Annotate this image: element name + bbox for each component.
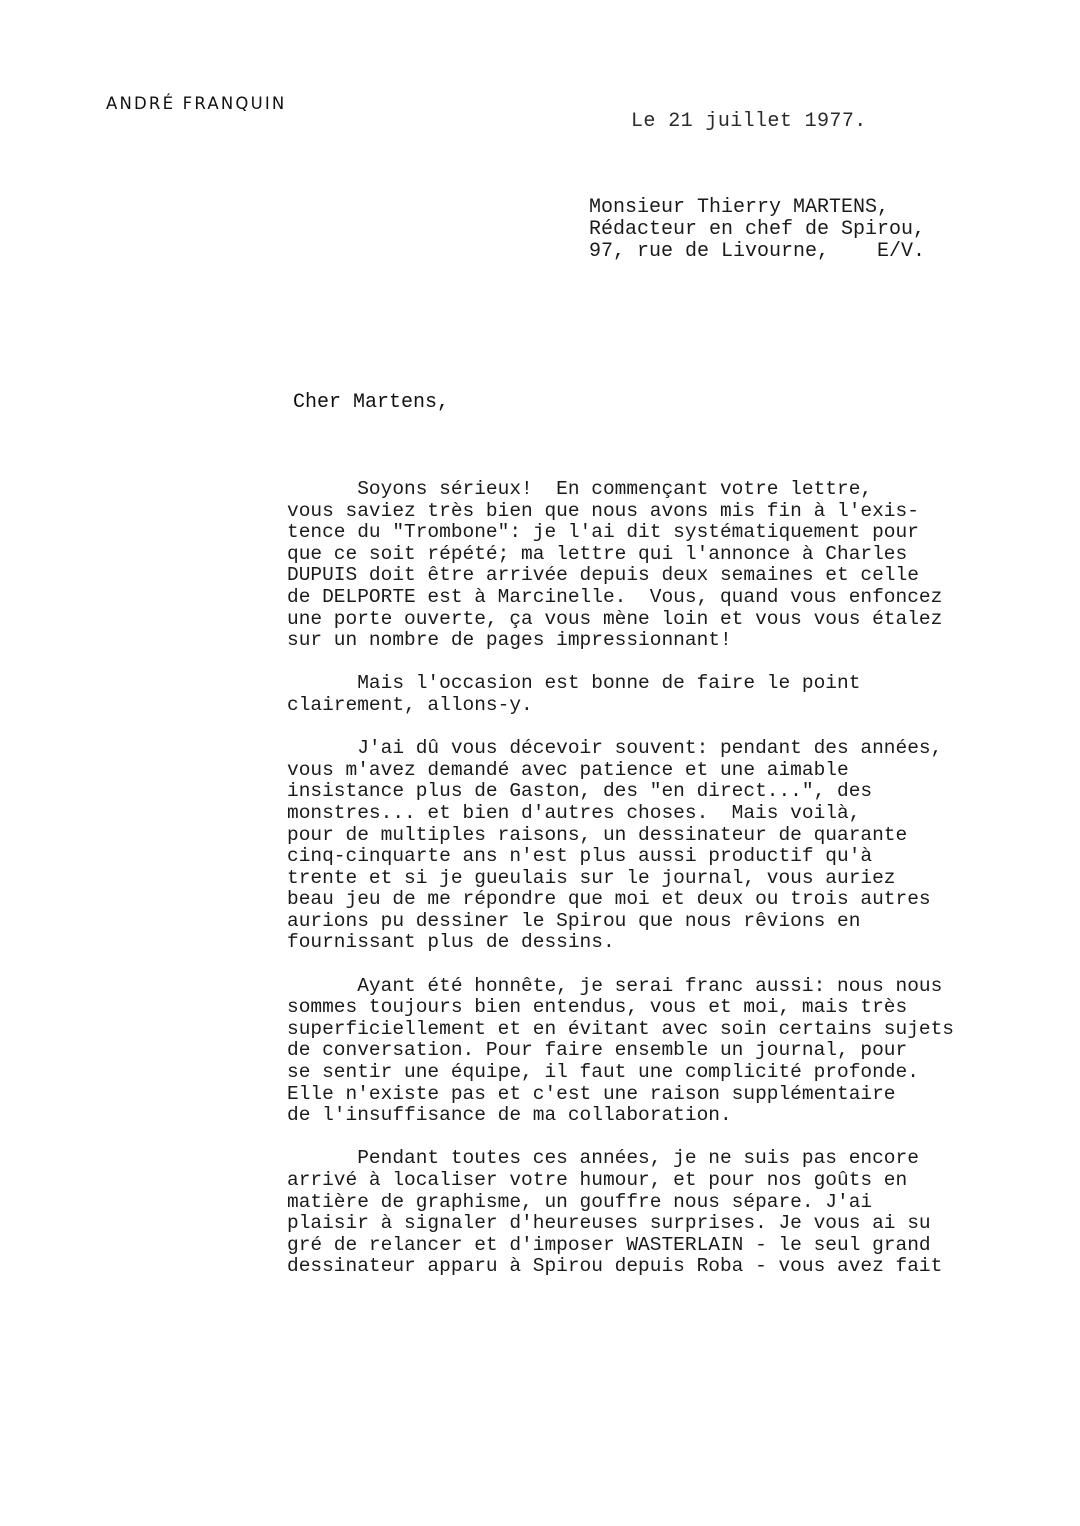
recipient-street-line: 97, rue de Livourne, E/V. xyxy=(589,241,925,263)
text-line: aurions pu dessiner le Spirou que nous r… xyxy=(287,911,1067,933)
text-line: superficiellement et en évitant avec soi… xyxy=(287,1019,1067,1041)
paragraph: J'ai dû vous décevoir souvent: pendant d… xyxy=(287,738,1067,954)
text-line: Elle n'existe pas et c'est une raison su… xyxy=(287,1084,1067,1106)
text-line: tence du "Trombone": je l'ai dit systéma… xyxy=(287,522,1067,544)
letterhead-sender-name: ANDRÉ FRANQUIN xyxy=(106,94,286,113)
text-line: Mais l'occasion est bonne de faire le po… xyxy=(287,673,1067,695)
paragraph: Ayant été honnête, je serai franc aussi:… xyxy=(287,976,1067,1127)
text-line: gré de relancer et d'imposer WASTERLAIN … xyxy=(287,1235,1067,1257)
text-line: vous m'avez demandé avec patience et une… xyxy=(287,760,1067,782)
text-line: se sentir une équipe, il faut une compli… xyxy=(287,1062,1067,1084)
paragraph: Mais l'occasion est bonne de faire le po… xyxy=(287,673,1067,716)
recipient-name-line: Monsieur Thierry MARTENS, xyxy=(589,197,925,219)
paragraph-spacer xyxy=(287,954,1067,976)
text-line: clairement, allons-y. xyxy=(287,695,1067,717)
text-line: Pendant toutes ces années, je ne suis pa… xyxy=(287,1148,1067,1170)
text-line: vous saviez très bien que nous avons mis… xyxy=(287,501,1067,523)
recipient-title-line: Rédacteur en chef de Spirou, xyxy=(589,219,925,241)
text-line: de l'insuffisance de ma collaboration. xyxy=(287,1105,1067,1127)
text-line: sommes toujours bien entendus, vous et m… xyxy=(287,997,1067,1019)
text-line: plaisir à signaler d'heureuses surprises… xyxy=(287,1213,1067,1235)
text-line: que ce soit répété; ma lettre qui l'anno… xyxy=(287,544,1067,566)
text-line: pour de multiples raisons, un dessinateu… xyxy=(287,825,1067,847)
text-line: fournissant plus de dessins. xyxy=(287,932,1067,954)
text-line: arrivé à localiser votre humour, et pour… xyxy=(287,1170,1067,1192)
text-line: cinq-cinquarte ans n'est plus aussi prod… xyxy=(287,846,1067,868)
letter-date: Le 21 juillet 1977. xyxy=(631,110,867,133)
recipient-address-block: Monsieur Thierry MARTENS, Rédacteur en c… xyxy=(589,197,925,263)
text-line: sur un nombre de pages impressionnant! xyxy=(287,630,1067,652)
paragraph: Soyons sérieux! En commençant votre lett… xyxy=(287,479,1067,652)
text-line: dessinateur apparu à Spirou depuis Roba … xyxy=(287,1256,1067,1278)
paragraph: Pendant toutes ces années, je ne suis pa… xyxy=(287,1148,1067,1278)
salutation: Cher Martens, xyxy=(293,391,449,414)
text-line: matière de graphisme, un gouffre nous sé… xyxy=(287,1192,1067,1214)
text-line: insistance plus de Gaston, des "en direc… xyxy=(287,781,1067,803)
text-line: beau jeu de me répondre que moi et deux … xyxy=(287,889,1067,911)
text-line: monstres... et bien d'autres choses. Mai… xyxy=(287,803,1067,825)
text-line: J'ai dû vous décevoir souvent: pendant d… xyxy=(287,738,1067,760)
paragraph-spacer xyxy=(287,717,1067,739)
letter-body: Soyons sérieux! En commençant votre lett… xyxy=(287,479,1067,1278)
paragraph-spacer xyxy=(287,652,1067,674)
text-line: DUPUIS doit être arrivée depuis deux sem… xyxy=(287,565,1067,587)
text-line: Ayant été honnête, je serai franc aussi:… xyxy=(287,976,1067,998)
text-line: Soyons sérieux! En commençant votre lett… xyxy=(287,479,1067,501)
text-line: une porte ouverte, ça vous mène loin et … xyxy=(287,609,1067,631)
text-line: de DELPORTE est à Marcinelle. Vous, quan… xyxy=(287,587,1067,609)
text-line: trente et si je gueulais sur le journal,… xyxy=(287,868,1067,890)
text-line: de conversation. Pour faire ensemble un … xyxy=(287,1040,1067,1062)
paragraph-spacer xyxy=(287,1127,1067,1149)
